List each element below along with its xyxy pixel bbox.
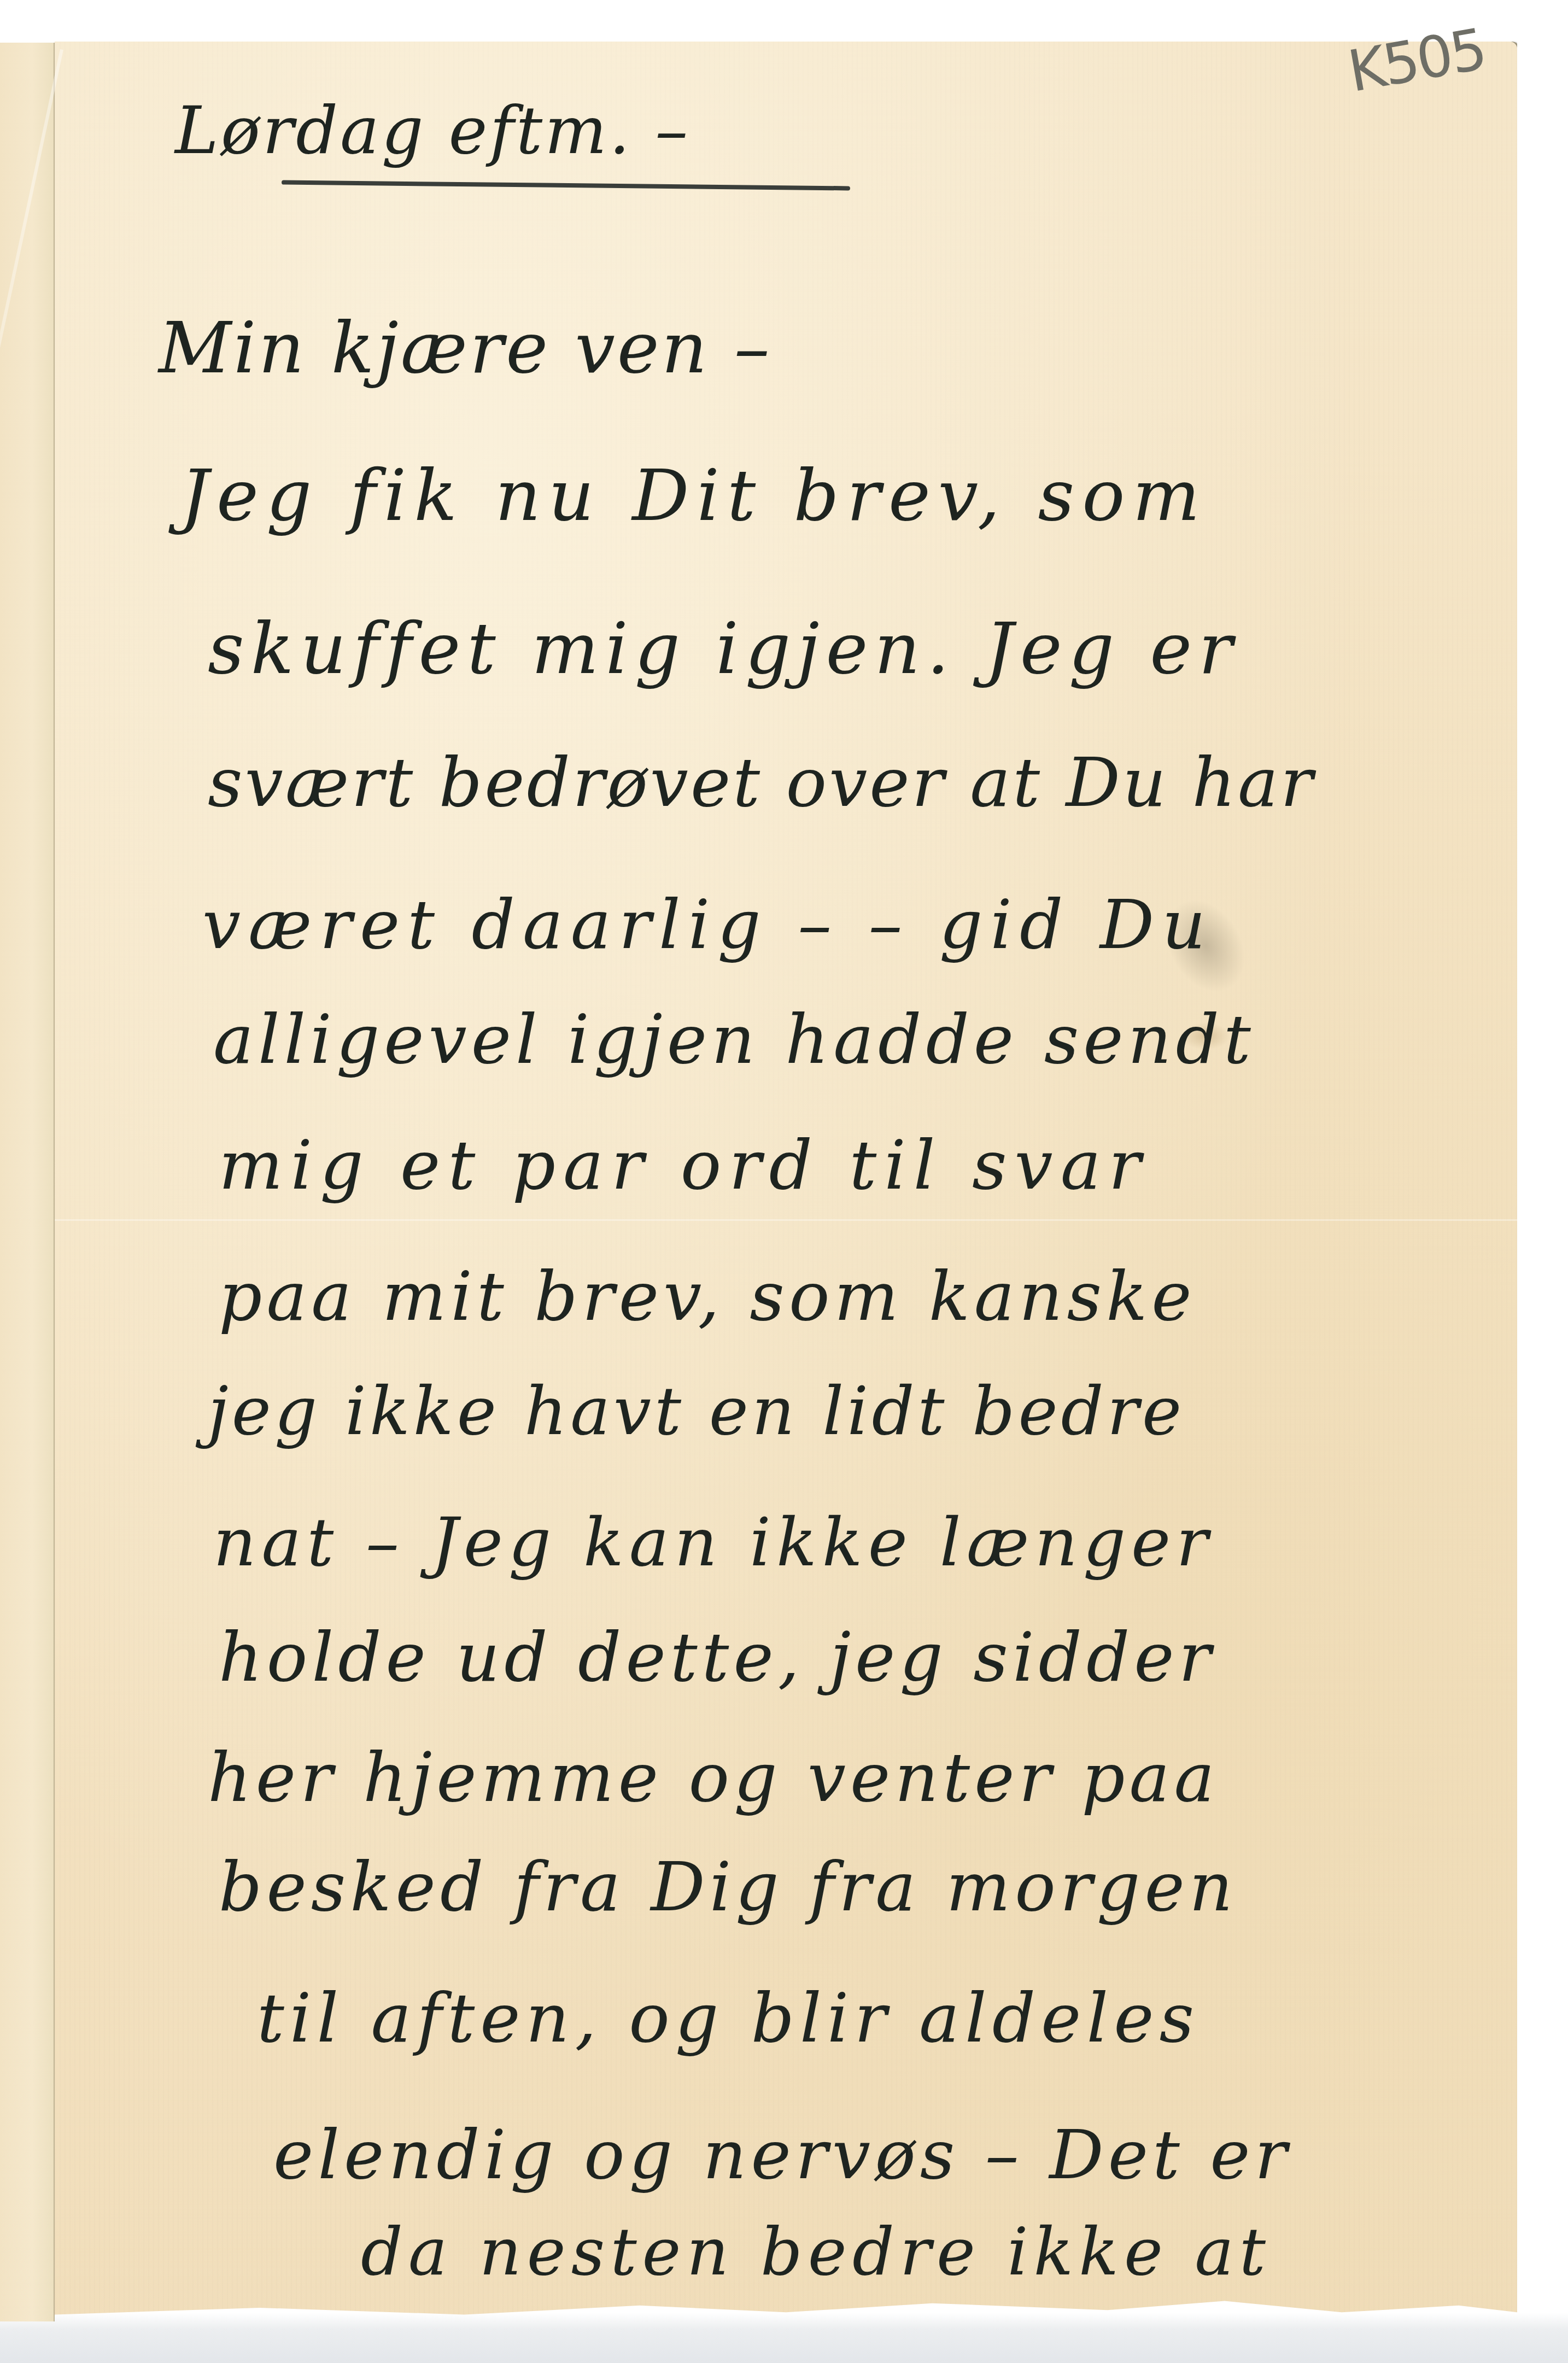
letter-line: her hjemme og venter paa [208,1739,1219,1817]
folded-page-flap [0,43,55,2321]
scanned-letter-page: K505 Lørdag eftm. – Min kjære ven – Jeg … [0,0,1568,2363]
letter-line: jeg ikke havt en lidt bedre [208,1372,1185,1450]
letter-line: været daarlig – – gid Du [202,886,1213,964]
letter-line: elendig og nervøs – Det er [273,2116,1291,2195]
letter-line: mig et par ord til svar [219,1126,1149,1205]
letter-line: da nesten bedre ikke at [361,2214,1271,2290]
letter-salutation: Min kjære ven – [159,306,772,389]
letter-line: Jeg fik nu Dit brev, som [180,454,1208,537]
letter-line: alligevel igjen hadde sendt [213,1001,1255,1079]
letter-dateline: Lørdag eftm. – [175,93,690,169]
letter-line: nat – Jeg kan ikke længer [213,1504,1214,1581]
letter-line: svært bedrøvet over at Du har [208,744,1315,822]
letter-line: paa mit brev, som kanske [219,1257,1196,1336]
paper-fold-line [55,1219,1517,1221]
letter-line: til aften, og blir aldeles [257,1979,1200,2058]
letter-line: besked fra Dig fra morgen [219,1848,1237,1927]
letter-line: holde ud dette, jeg sidder [219,1618,1215,1697]
letter-line: skuffet mig igjen. Jeg er [208,607,1239,690]
